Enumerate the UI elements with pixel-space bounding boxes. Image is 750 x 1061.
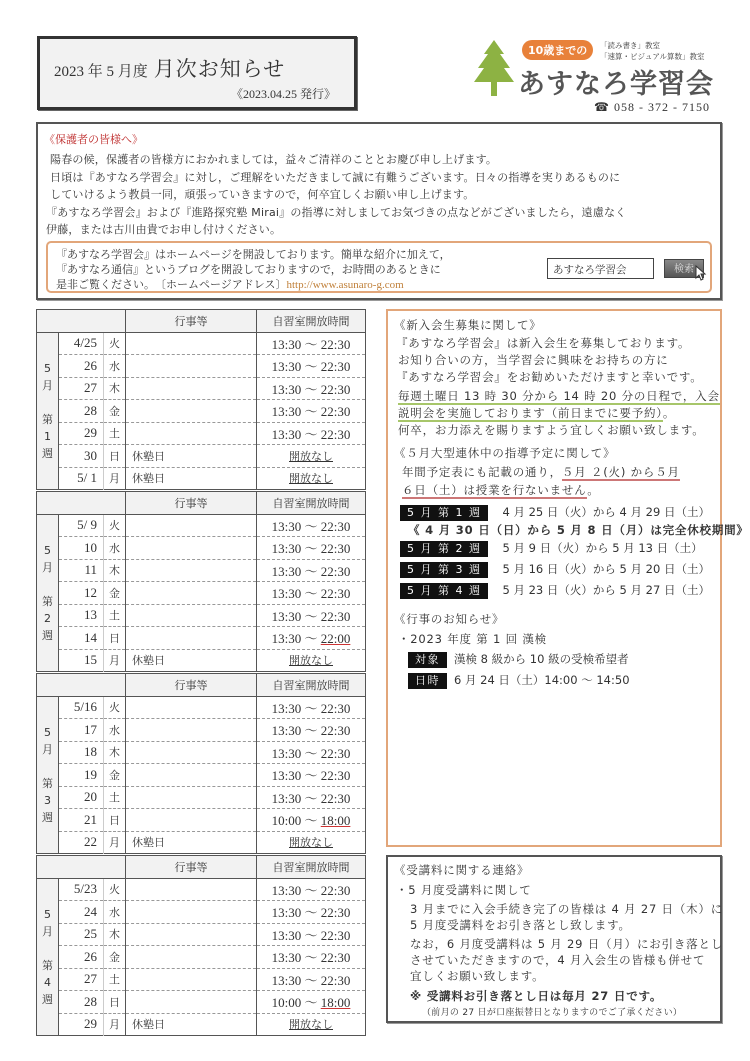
date-cell: 5/23	[59, 878, 104, 901]
table-row: 25木13:30 ～ 22:30	[37, 923, 366, 946]
weekday-cell: 金	[104, 400, 126, 423]
col-events-header: 行事等	[126, 856, 257, 879]
date-cell: 19	[59, 764, 104, 787]
weekday-cell: 火	[104, 878, 126, 901]
table-row: 5/ 1月休塾日開放なし	[37, 467, 366, 490]
hours-cell: 13:30 ～ 22:30	[257, 582, 366, 605]
logo-subtitles: 「読み書き」教室 「速算・ビジュアル算数」教室	[600, 40, 705, 62]
weekday-cell: 日	[104, 809, 126, 832]
event-cell	[126, 355, 257, 378]
event-cell: 休塾日	[126, 1013, 257, 1036]
holiday-line: 年間予定表にも記載の通り，５月 ２(火) から５月	[402, 464, 680, 480]
weekday-cell: 木	[104, 377, 126, 400]
date-cell: 24	[59, 901, 104, 924]
hours-cell: 10:00 ～ 18:00	[257, 809, 366, 832]
weekday-cell: 土	[104, 422, 126, 445]
hours-cell: 開放なし	[257, 649, 366, 672]
date-label-badge: 日時	[408, 673, 447, 689]
hours-cell: 13:30 ～ 22:30	[257, 537, 366, 560]
col-events-header: 行事等	[126, 674, 257, 697]
event-cell: 休塾日	[126, 649, 257, 672]
weekday-cell: 月	[104, 467, 126, 490]
date-cell: 5/16	[59, 696, 104, 719]
week-2-table: 行事等 自習室開放時間 5月第2週 5/ 9 火 13:30 ～ 22:30 1…	[36, 491, 366, 672]
hours-cell: 開放なし	[257, 467, 366, 490]
recruit-heading: 《新入会生募集に関して》	[394, 317, 542, 333]
hours-cell: 13:30 ～ 22:30	[257, 741, 366, 764]
week-label-badge: 5 月 第 3 週	[400, 562, 488, 578]
event-date-row: 日時6 月 24 日（土）14:00 ～ 14:50	[408, 672, 630, 689]
weekday-cell: 火	[104, 696, 126, 719]
table-row: 30日休塾日開放なし	[37, 445, 366, 468]
weekday-cell: 土	[104, 786, 126, 809]
weekday-cell: 木	[104, 923, 126, 946]
weekday-cell: 水	[104, 901, 126, 924]
event-item: ・2023 年度 第 1 回 漢検	[398, 631, 547, 647]
weekday-cell: 月	[104, 649, 126, 672]
subtitle-math: 「速算・ビジュアル算数」教室	[600, 51, 705, 62]
weekday-cell: 日	[104, 445, 126, 468]
parents-line: 伊藤，または古川由貴でお申し付けください。	[46, 221, 281, 237]
hours-cell: 開放なし	[257, 1013, 366, 1036]
logo: 10歳までの 「読み書き」教室 「速算・ビジュアル算数」教室 あすなろ学習会 ☎…	[474, 38, 724, 116]
table-row: 28日10:00 ～ 18:00	[37, 991, 366, 1014]
hours-cell: 13:30 ～ 22:30	[257, 400, 366, 423]
table-row: 10水13:30 ～ 22:30	[37, 537, 366, 560]
event-cell	[126, 809, 257, 832]
event-cell	[126, 991, 257, 1014]
table-row: 17水13:30 ～ 22:30	[37, 719, 366, 742]
date-cell: 26	[59, 355, 104, 378]
header-blank	[37, 492, 126, 515]
col-hours-header: 自習室開放時間	[257, 674, 366, 697]
event-cell	[126, 422, 257, 445]
date-cell: 15	[59, 649, 104, 672]
weekday-cell: 日	[104, 991, 126, 1014]
date-cell: 29	[59, 1013, 104, 1036]
col-events-header: 行事等	[126, 310, 257, 333]
recruit-closing: 何卒，お力添えを賜りますよう宜しくお願い致します。	[398, 422, 705, 438]
homepage-url[interactable]: http://www.asunaro-g.com	[286, 279, 403, 291]
table-row: 14日13:30 ～ 22:00	[37, 627, 366, 650]
header-blank	[37, 310, 126, 333]
age-badge: 10歳までの	[522, 40, 593, 60]
table-row: 11木13:30 ～ 22:30	[37, 559, 366, 582]
closure-note: 《 4 月 30 日（日）から 5 月 8 日（月）は完全休校期間》	[408, 522, 749, 538]
hours-cell: 10:00 ～ 18:00	[257, 991, 366, 1014]
target-label-badge: 対象	[408, 652, 447, 668]
event-cell	[126, 514, 257, 537]
week-label: 5月第2週	[37, 514, 59, 672]
event-cell	[126, 923, 257, 946]
hours-cell: 13:30 ～ 22:30	[257, 377, 366, 400]
event-cell: 休塾日	[126, 445, 257, 468]
weekday-cell: 土	[104, 968, 126, 991]
hours-cell: 13:30 ～ 22:30	[257, 764, 366, 787]
weekday-cell: 木	[104, 559, 126, 582]
table-row: 21日10:00 ～ 18:00	[37, 809, 366, 832]
event-cell	[126, 604, 257, 627]
weekday-cell: 火	[104, 514, 126, 537]
date-cell: 5/ 1	[59, 467, 104, 490]
table-row: 5月第2週 5/ 9 火 13:30 ～ 22:30	[37, 514, 366, 537]
table-row: 22月休塾日開放なし	[37, 831, 366, 854]
table-row: 5月第1週 4/25 火 13:30 ～ 22:30	[37, 332, 366, 355]
fees-notice: 《受講料に関する連絡》 ・5 月度受講料に関して 3 月までに入会手続き完了の皆…	[386, 855, 722, 1023]
weekday-cell: 土	[104, 604, 126, 627]
hours-cell: 開放なし	[257, 831, 366, 854]
tree-icon	[474, 40, 514, 96]
date-cell: 25	[59, 923, 104, 946]
header-blank	[37, 674, 126, 697]
week-range-row: 5 月 第 1 週4 月 25 日（火）から 4 月 29 日（土）	[400, 504, 710, 521]
title-main: 月次お知らせ	[154, 57, 285, 81]
hours-cell: 13:30 ～ 22:30	[257, 604, 366, 627]
table-row: 27土13:30 ～ 22:30	[37, 968, 366, 991]
col-events-header: 行事等	[126, 492, 257, 515]
hours-cell: 開放なし	[257, 445, 366, 468]
week-label-badge: 5 月 第 1 週	[400, 505, 488, 521]
weekday-cell: 水	[104, 537, 126, 560]
week-label: 5月第1週	[37, 332, 59, 490]
table-row: 20土13:30 ～ 22:30	[37, 786, 366, 809]
event-cell	[126, 786, 257, 809]
date-cell: 21	[59, 809, 104, 832]
weekday-cell: 月	[104, 831, 126, 854]
table-row: 5月第4週 5/23 火 13:30 ～ 22:30	[37, 878, 366, 901]
parents-line: 日頃は『あすなろ学習会』に対し，ご理解をいただきまして誠に有難うございます。日々…	[50, 169, 620, 185]
date-cell: 20	[59, 786, 104, 809]
date-cell: 18	[59, 741, 104, 764]
hours-cell: 13:30 ～ 22:30	[257, 696, 366, 719]
page-title: 2023 年 5 月度月次お知らせ	[54, 53, 285, 83]
phone-icon: ☎	[594, 100, 614, 114]
parents-line: 陽春の候，保護者の皆様方におかれましては，益々ご清祥のこととお慶び申し上げます。	[50, 151, 497, 167]
fees-item: ・5 月度受講料に関して	[396, 882, 532, 898]
col-hours-header: 自習室開放時間	[257, 856, 366, 879]
hours-cell: 13:30 ～ 22:30	[257, 514, 366, 537]
hours-cell: 13:30 ～ 22:30	[257, 946, 366, 969]
week-4-table: 行事等 自習室開放時間 5月第4週 5/23 火 13:30 ～ 22:30 2…	[36, 855, 366, 1036]
parents-heading: 《保護者の皆様へ》	[44, 131, 143, 147]
date-cell: 30	[59, 445, 104, 468]
table-row: 27木13:30 ～ 22:30	[37, 377, 366, 400]
week-3-table: 行事等 自習室開放時間 5月第3週 5/16 火 13:30 ～ 22:30 1…	[36, 673, 366, 854]
fees-line: させていただきますので，4 月入会生の皆様も併せて	[410, 952, 705, 968]
header-blank	[37, 856, 126, 879]
homepage-address-label: 是非ご覧ください。 〔ホームページアドレス〕	[56, 278, 286, 291]
homepage-box: 『あすなろ学習会』はホームページを開設しております。簡単な紹介に加えて， 『あす…	[46, 241, 712, 293]
parents-notice: 《保護者の皆様へ》 陽春の候，保護者の皆様方におかれましては，益々ご清祥のことと…	[36, 122, 722, 300]
table-row: 13土13:30 ～ 22:30	[37, 604, 366, 627]
weekday-cell: 日	[104, 627, 126, 650]
recruit-line: 『あすなろ学習会』をお勧めいただけますと幸いです。	[396, 369, 703, 385]
title-box: 2023 年 5 月度月次お知らせ 《2023.04.25 発行》	[37, 36, 357, 110]
changed-end-time: 18:00	[321, 813, 351, 828]
parents-line: していけるよう教員一同，頑張っていきますので，何卒宜しくお願い申し上げます。	[50, 186, 475, 202]
homepage-line: 『あすなろ学習会』はホームページを開設しております。簡単な紹介に加えて，	[56, 246, 451, 262]
event-cell	[126, 332, 257, 355]
search-input[interactable]: あすなろ学習会	[547, 258, 654, 279]
event-cell: 休塾日	[126, 831, 257, 854]
fees-heading: 《受講料に関する連絡》	[394, 862, 529, 878]
hours-cell: 13:30 ～ 22:30	[257, 355, 366, 378]
table-row: 12金13:30 ～ 22:30	[37, 582, 366, 605]
date-cell: 27	[59, 968, 104, 991]
date-cell: 10	[59, 537, 104, 560]
date-cell: 28	[59, 991, 104, 1014]
fees-line: なお，6 月度受講料は 5 月 29 日（月）にお引き落とし	[410, 936, 723, 952]
telephone: ☎ 058 - 372 - 7150	[594, 100, 710, 115]
date-cell: 29	[59, 422, 104, 445]
event-cell	[126, 582, 257, 605]
changed-end-time: 18:00	[321, 995, 351, 1010]
hours-cell: 13:30 ～ 22:30	[257, 719, 366, 742]
fees-line: 宜しくお願い致します。	[410, 968, 544, 984]
week-label: 5月第4週	[37, 878, 59, 1036]
hours-cell: 13:30 ～ 22:30	[257, 968, 366, 991]
parents-line: 『あすなろ学習会』および『進路探究塾 Mirai』の指導に対しましてお気づきの点…	[46, 204, 626, 220]
title-month: 2023 年 5 月度	[54, 64, 148, 80]
weekday-cell: 火	[104, 332, 126, 355]
event-cell	[126, 968, 257, 991]
date-cell: 13	[59, 604, 104, 627]
cursor-icon	[695, 265, 707, 281]
event-cell	[126, 878, 257, 901]
hours-cell: 13:30 ～ 22:30	[257, 878, 366, 901]
fees-line: 3 月までに入会手続き完了の皆様は 4 月 27 日（木）に	[410, 901, 723, 917]
weekday-cell: 水	[104, 719, 126, 742]
telephone-number: 058 - 372 - 7150	[614, 100, 710, 114]
weekday-cell: 金	[104, 582, 126, 605]
event-cell	[126, 537, 257, 560]
recruit-session-line: 毎週土曜日 13 時 30 分から 14 時 20 分の日程で，入会	[398, 388, 720, 404]
date-cell: 26	[59, 946, 104, 969]
event-cell	[126, 559, 257, 582]
date-cell: 14	[59, 627, 104, 650]
recruit-line: お知り合いの方，当学習会に興味をお持ちの方に	[398, 352, 669, 368]
recruit-session-line: 説明会を実施しております（前日までに要予約）。	[398, 405, 675, 421]
table-row: 28金13:30 ～ 22:30	[37, 400, 366, 423]
homepage-line: 是非ご覧ください。 〔ホームページアドレス〕http://www.asunaro…	[56, 276, 404, 292]
event-cell	[126, 400, 257, 423]
hours-cell: 13:30 ～ 22:30	[257, 332, 366, 355]
event-cell	[126, 741, 257, 764]
event-cell	[126, 719, 257, 742]
table-row: 15月休塾日開放なし	[37, 649, 366, 672]
date-cell: 4/25	[59, 332, 104, 355]
table-row: 24水13:30 ～ 22:30	[37, 901, 366, 924]
week-label-badge: 5 月 第 2 週	[400, 541, 488, 557]
table-header-row: 行事等 自習室開放時間	[37, 674, 366, 697]
table-header-row: 行事等 自習室開放時間	[37, 310, 366, 333]
table-row: 26金13:30 ～ 22:30	[37, 946, 366, 969]
week-range-row: 5 月 第 2 週5 月 9 日（火）から 5 月 13 日（土）	[400, 540, 703, 557]
holiday-line: ６日（土）は授業を行ないません。	[402, 482, 600, 498]
hours-cell: 13:30 ～ 22:30	[257, 923, 366, 946]
holiday-heading: 《５月大型連休中の指導予定に関して》	[394, 445, 615, 461]
table-row: 18木13:30 ～ 22:30	[37, 741, 366, 764]
table-row: 29土13:30 ～ 22:30	[37, 422, 366, 445]
week-1-table: 行事等 自習室開放時間 5月第1週 4/25 火 13:30 ～ 22:30 2…	[36, 309, 366, 490]
recruit-line: 『あすなろ学習会』は新入会生を募集しております。	[396, 335, 690, 351]
table-row: 29月休塾日開放なし	[37, 1013, 366, 1036]
event-cell	[126, 764, 257, 787]
homepage-line: 『あすなろ通信』というブログを開設しておりますので，お時間のあるときに	[56, 261, 441, 277]
fees-line: 5 月度受講料をお引き落とし致します。	[410, 917, 631, 933]
event-target-row: 対象漢検 8 級から 10 級の受検希望者	[408, 651, 629, 668]
week-label: 5月第3週	[37, 696, 59, 854]
event-cell	[126, 696, 257, 719]
table-header-row: 行事等 自習室開放時間	[37, 856, 366, 879]
weekday-cell: 水	[104, 355, 126, 378]
date-cell: 17	[59, 719, 104, 742]
weekday-cell: 月	[104, 1013, 126, 1036]
table-row: 19金13:30 ～ 22:30	[37, 764, 366, 787]
event-cell: 休塾日	[126, 467, 257, 490]
events-heading: 《行事のお知らせ》	[394, 611, 504, 627]
event-cell	[126, 377, 257, 400]
col-hours-header: 自習室開放時間	[257, 310, 366, 333]
table-row: 5月第3週 5/16 火 13:30 ～ 22:30	[37, 696, 366, 719]
fees-notice-line: ※ 受講料お引き落とし日は毎月 27 日です。	[410, 988, 662, 1004]
date-cell: 11	[59, 559, 104, 582]
changed-end-time: 22:00	[321, 631, 351, 646]
week-range-row: 5 月 第 3 週5 月 16 日（火）から 5 月 20 日（土）	[400, 561, 710, 578]
week-range-row: 5 月 第 4 週5 月 23 日（火）から 5 月 27 日（土）	[400, 582, 710, 599]
logo-name: あすなろ学習会	[518, 62, 714, 101]
fees-notice-sub: （前月の 27 日が口座振替日となりますのでご了承ください）	[422, 1005, 682, 1018]
hours-cell: 13:30 ～ 22:30	[257, 901, 366, 924]
date-cell: 12	[59, 582, 104, 605]
hours-cell: 13:30 ～ 22:30	[257, 422, 366, 445]
table-header-row: 行事等 自習室開放時間	[37, 492, 366, 515]
event-cell	[126, 901, 257, 924]
table-row: 26水13:30 ～ 22:30	[37, 355, 366, 378]
hours-cell: 13:30 ～ 22:00	[257, 627, 366, 650]
week-label-badge: 5 月 第 4 週	[400, 583, 488, 599]
date-cell: 27	[59, 377, 104, 400]
weekday-cell: 木	[104, 741, 126, 764]
event-cell	[126, 627, 257, 650]
hours-cell: 13:30 ～ 22:30	[257, 786, 366, 809]
subtitle-reading: 「読み書き」教室	[600, 40, 705, 51]
date-cell: 28	[59, 400, 104, 423]
info-panel: 《新入会生募集に関して》 『あすなろ学習会』は新入会生を募集しております。 お知…	[386, 309, 722, 847]
weekday-cell: 金	[104, 764, 126, 787]
weekday-cell: 金	[104, 946, 126, 969]
date-cell: 5/ 9	[59, 514, 104, 537]
event-cell	[126, 946, 257, 969]
date-cell: 22	[59, 831, 104, 854]
issue-date: 《2023.04.25 発行》	[231, 85, 336, 102]
hours-cell: 13:30 ～ 22:30	[257, 559, 366, 582]
col-hours-header: 自習室開放時間	[257, 492, 366, 515]
